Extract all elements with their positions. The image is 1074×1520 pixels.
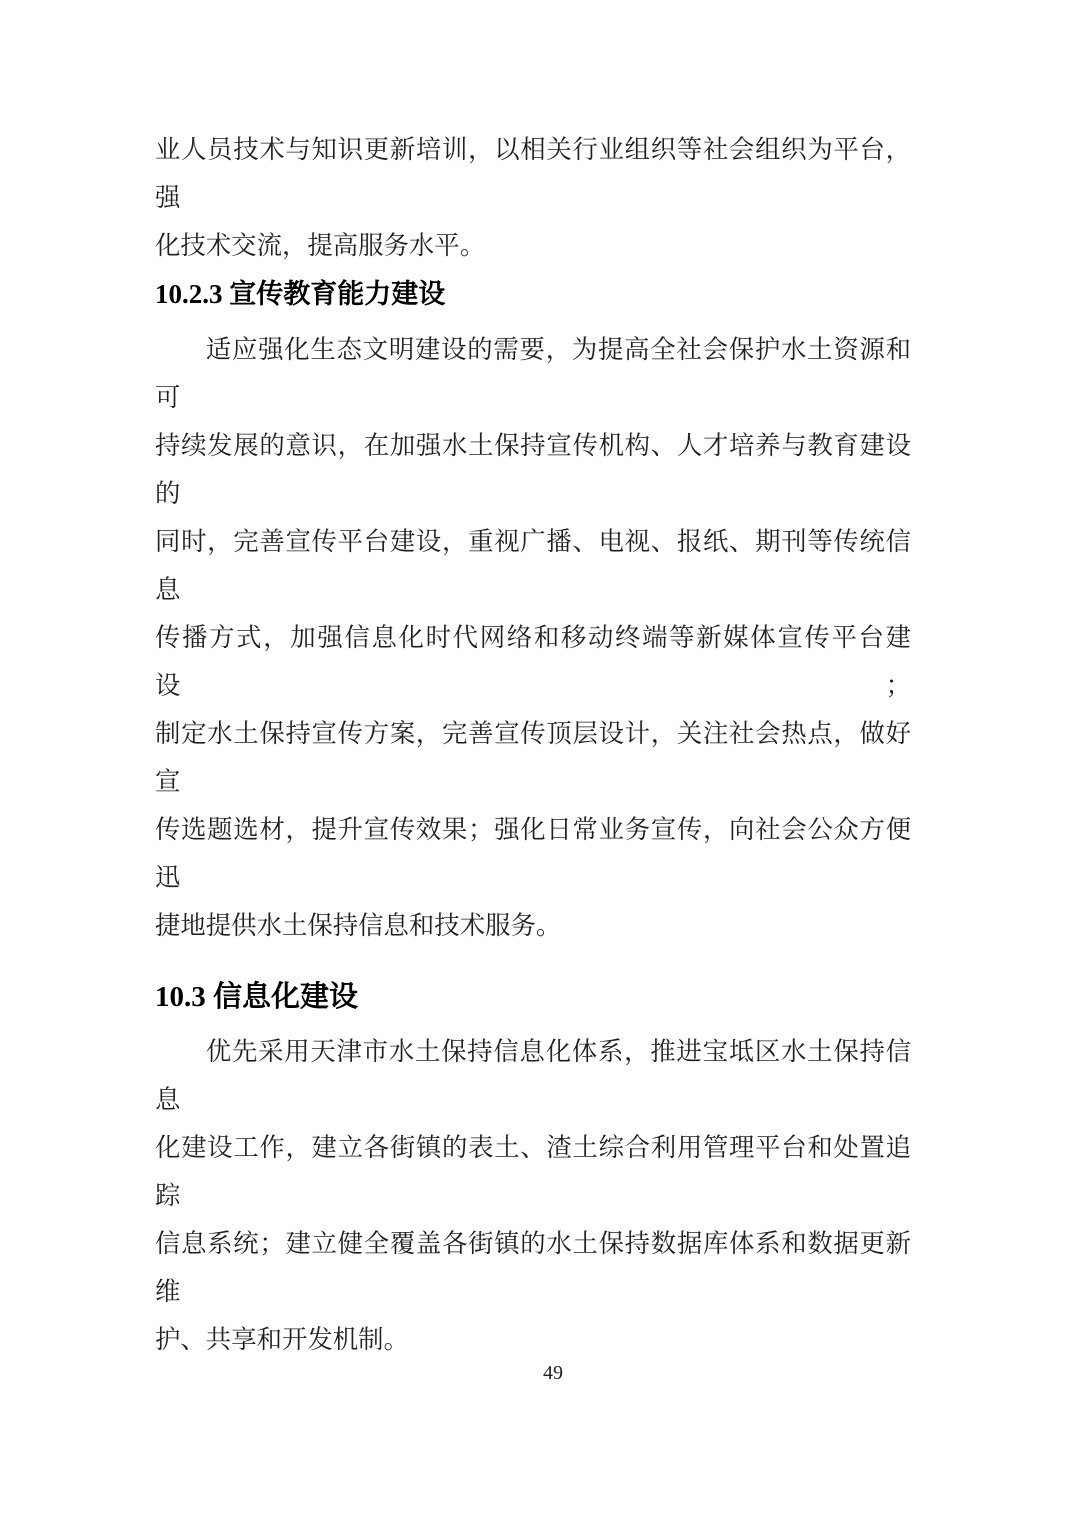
text-line: 业人员技术与知识更新培训，以相关行业组织等社会组织为平台，强 bbox=[155, 126, 911, 222]
paragraph-propaganda-education: 适应强化生态文明建设的需要，为提高全社会保护水土资源和可持续发展的意识，在加强水… bbox=[155, 326, 911, 950]
heading-10-3: 10.3 信息化建设 bbox=[155, 973, 911, 1021]
text-line: 传选题选材，提升宣传效果；强化日常业务宣传，向社会公众方便迅 bbox=[155, 806, 911, 902]
text-line: 捷地提供水土保持信息和技术服务。 bbox=[155, 902, 911, 950]
document-page: 业人员技术与知识更新培训，以相关行业组织等社会组织为平台，强化技术交流，提高服务… bbox=[0, 0, 1074, 1520]
text-line: 化技术交流，提高服务水平。 bbox=[155, 222, 911, 270]
heading-10-2-3: 10.2.3 宣传教育能力建设 bbox=[155, 270, 911, 318]
text-line: 同时，完善宣传平台建设，重视广播、电视、报纸、期刊等传统信息 bbox=[155, 518, 911, 614]
document-body: 业人员技术与知识更新培训，以相关行业组织等社会组织为平台，强化技术交流，提高服务… bbox=[155, 126, 911, 1364]
text-line: 制定水土保持宣传方案，完善宣传顶层设计，关注社会热点，做好宣 bbox=[155, 710, 911, 806]
text-line: 持续发展的意识，在加强水土保持宣传机构、人才培养与教育建设的 bbox=[155, 422, 911, 518]
text-line: 传播方式，加强信息化时代网络和移动终端等新媒体宣传平台建设； bbox=[155, 614, 911, 710]
text-line: 优先采用天津市水土保持信息化体系，推进宝坻区水土保持信息 bbox=[155, 1028, 911, 1124]
page-footer: 49 bbox=[0, 1362, 1074, 1385]
text-line: 护、共享和开发机制。 bbox=[155, 1316, 911, 1364]
text-line: 信息系统；建立健全覆盖各街镇的水土保持数据库体系和数据更新维 bbox=[155, 1220, 911, 1316]
paragraph-continuation: 业人员技术与知识更新培训，以相关行业组织等社会组织为平台，强化技术交流，提高服务… bbox=[155, 126, 911, 270]
text-line: 化建设工作，建立各街镇的表土、渣土综合利用管理平台和处置追踪 bbox=[155, 1124, 911, 1220]
paragraph-informatization: 优先采用天津市水土保持信息化体系，推进宝坻区水土保持信息化建设工作，建立各街镇的… bbox=[155, 1028, 911, 1364]
page-number: 49 bbox=[543, 1362, 563, 1384]
text-line: 适应强化生态文明建设的需要，为提高全社会保护水土资源和可 bbox=[155, 326, 911, 422]
